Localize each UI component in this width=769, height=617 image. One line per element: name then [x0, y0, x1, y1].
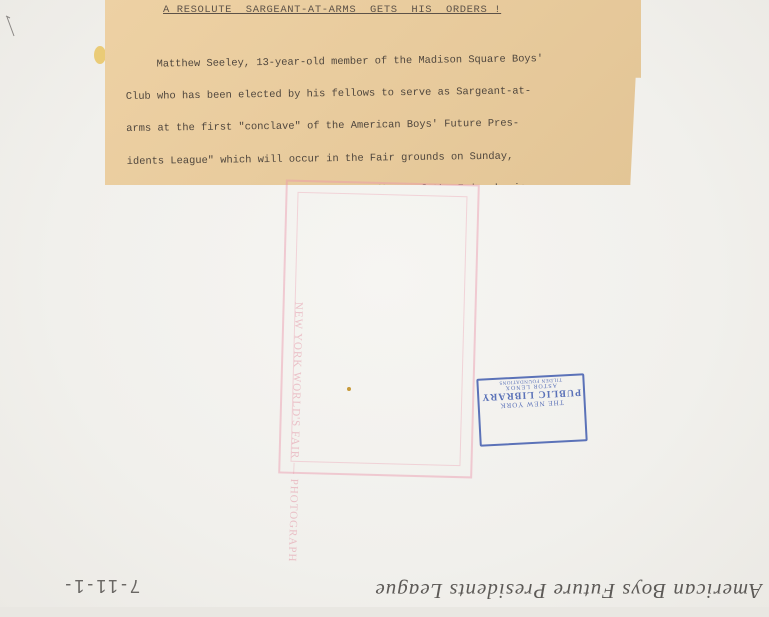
clipping-line: arms at the first "conclave" of the Amer…	[126, 117, 636, 135]
clipping-line: idents League" which will occur in the F…	[127, 150, 637, 168]
pink-copyright-stamp: NEW YORK WORLD'S FAIR — PHOTOGRAPH	[278, 180, 480, 479]
clipping-line: Matthew Seeley, 13-year-old member of th…	[125, 52, 635, 70]
ink-dot	[347, 387, 351, 391]
pencil-mark-icon	[4, 14, 18, 38]
press-caption-clipping: A RESOLUTE SARGEANT-AT-ARMS GETS HIS ORD…	[105, 0, 641, 185]
pink-stamp-inner-border	[290, 192, 467, 466]
library-stamp: THE NEW YORK PUBLIC LIBRARY ASTOR LENOX …	[476, 373, 587, 447]
library-stamp-content: THE NEW YORK PUBLIC LIBRARY ASTOR LENOX …	[478, 375, 584, 414]
handwritten-catalog-number: 7-11-1-	[30, 575, 140, 596]
clipping-headline: A RESOLUTE SARGEANT-AT-ARMS GETS HIS ORD…	[163, 4, 623, 16]
photo-bottom-edge	[0, 607, 769, 617]
glue-spot	[94, 46, 106, 64]
clipping-line: Club who has been elected by his fellows…	[126, 85, 636, 103]
handwritten-caption: American Boys Future Presidents League	[282, 578, 762, 603]
